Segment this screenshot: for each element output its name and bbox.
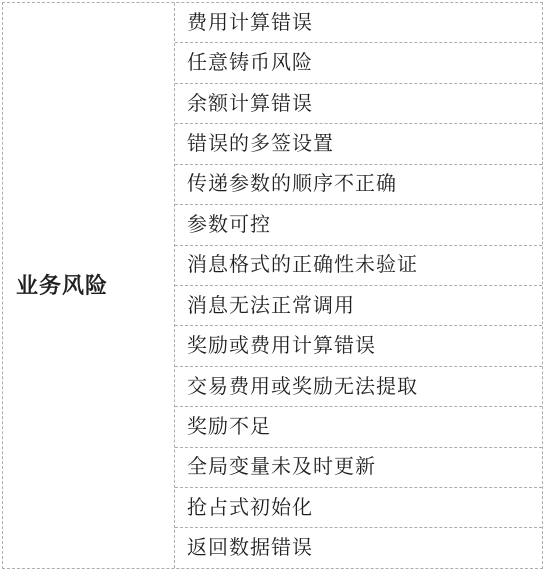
category-label: 业务风险 — [16, 275, 108, 297]
risk-label: 任意铸币风险 — [187, 53, 313, 73]
table-row: 奖励不足 — [175, 407, 542, 447]
table-row: 返回数据错误 — [175, 528, 542, 567]
risk-label: 交易费用或奖励无法提取 — [187, 377, 418, 397]
risk-label: 余额计算错误 — [187, 94, 313, 114]
category-cell: 业务风险 — [3, 3, 175, 568]
risk-label: 消息无法正常调用 — [187, 296, 355, 316]
table-row: 全局变量未及时更新 — [175, 448, 542, 488]
risk-label: 全局变量未及时更新 — [187, 457, 376, 477]
risk-label: 抢占式初始化 — [187, 498, 313, 518]
table-row: 抢占式初始化 — [175, 488, 542, 528]
risk-label: 奖励或费用计算错误 — [187, 336, 376, 356]
table-row: 错误的多签设置 — [175, 124, 542, 164]
table-row: 余额计算错误 — [175, 84, 542, 124]
risk-label: 奖励不足 — [187, 417, 271, 437]
risk-rows: 费用计算错误 任意铸币风险 余额计算错误 错误的多签设置 传递参数的顺序不正确 … — [175, 3, 542, 568]
risk-label: 参数可控 — [187, 215, 271, 235]
table-row: 交易费用或奖励无法提取 — [175, 367, 542, 407]
risk-label: 错误的多签设置 — [187, 134, 334, 154]
table-row: 费用计算错误 — [175, 3, 542, 43]
risk-label: 费用计算错误 — [187, 13, 313, 33]
risk-label: 传递参数的顺序不正确 — [187, 174, 397, 194]
table-row: 消息格式的正确性未验证 — [175, 246, 542, 286]
table-row: 消息无法正常调用 — [175, 286, 542, 326]
table-row: 任意铸币风险 — [175, 43, 542, 83]
risk-label: 返回数据错误 — [187, 538, 313, 558]
table-row: 奖励或费用计算错误 — [175, 326, 542, 366]
table-row: 传递参数的顺序不正确 — [175, 165, 542, 205]
table-row: 参数可控 — [175, 205, 542, 245]
risk-table: 业务风险 费用计算错误 任意铸币风险 余额计算错误 错误的多签设置 传递参数的顺… — [2, 2, 543, 569]
risk-label: 消息格式的正确性未验证 — [187, 255, 418, 275]
